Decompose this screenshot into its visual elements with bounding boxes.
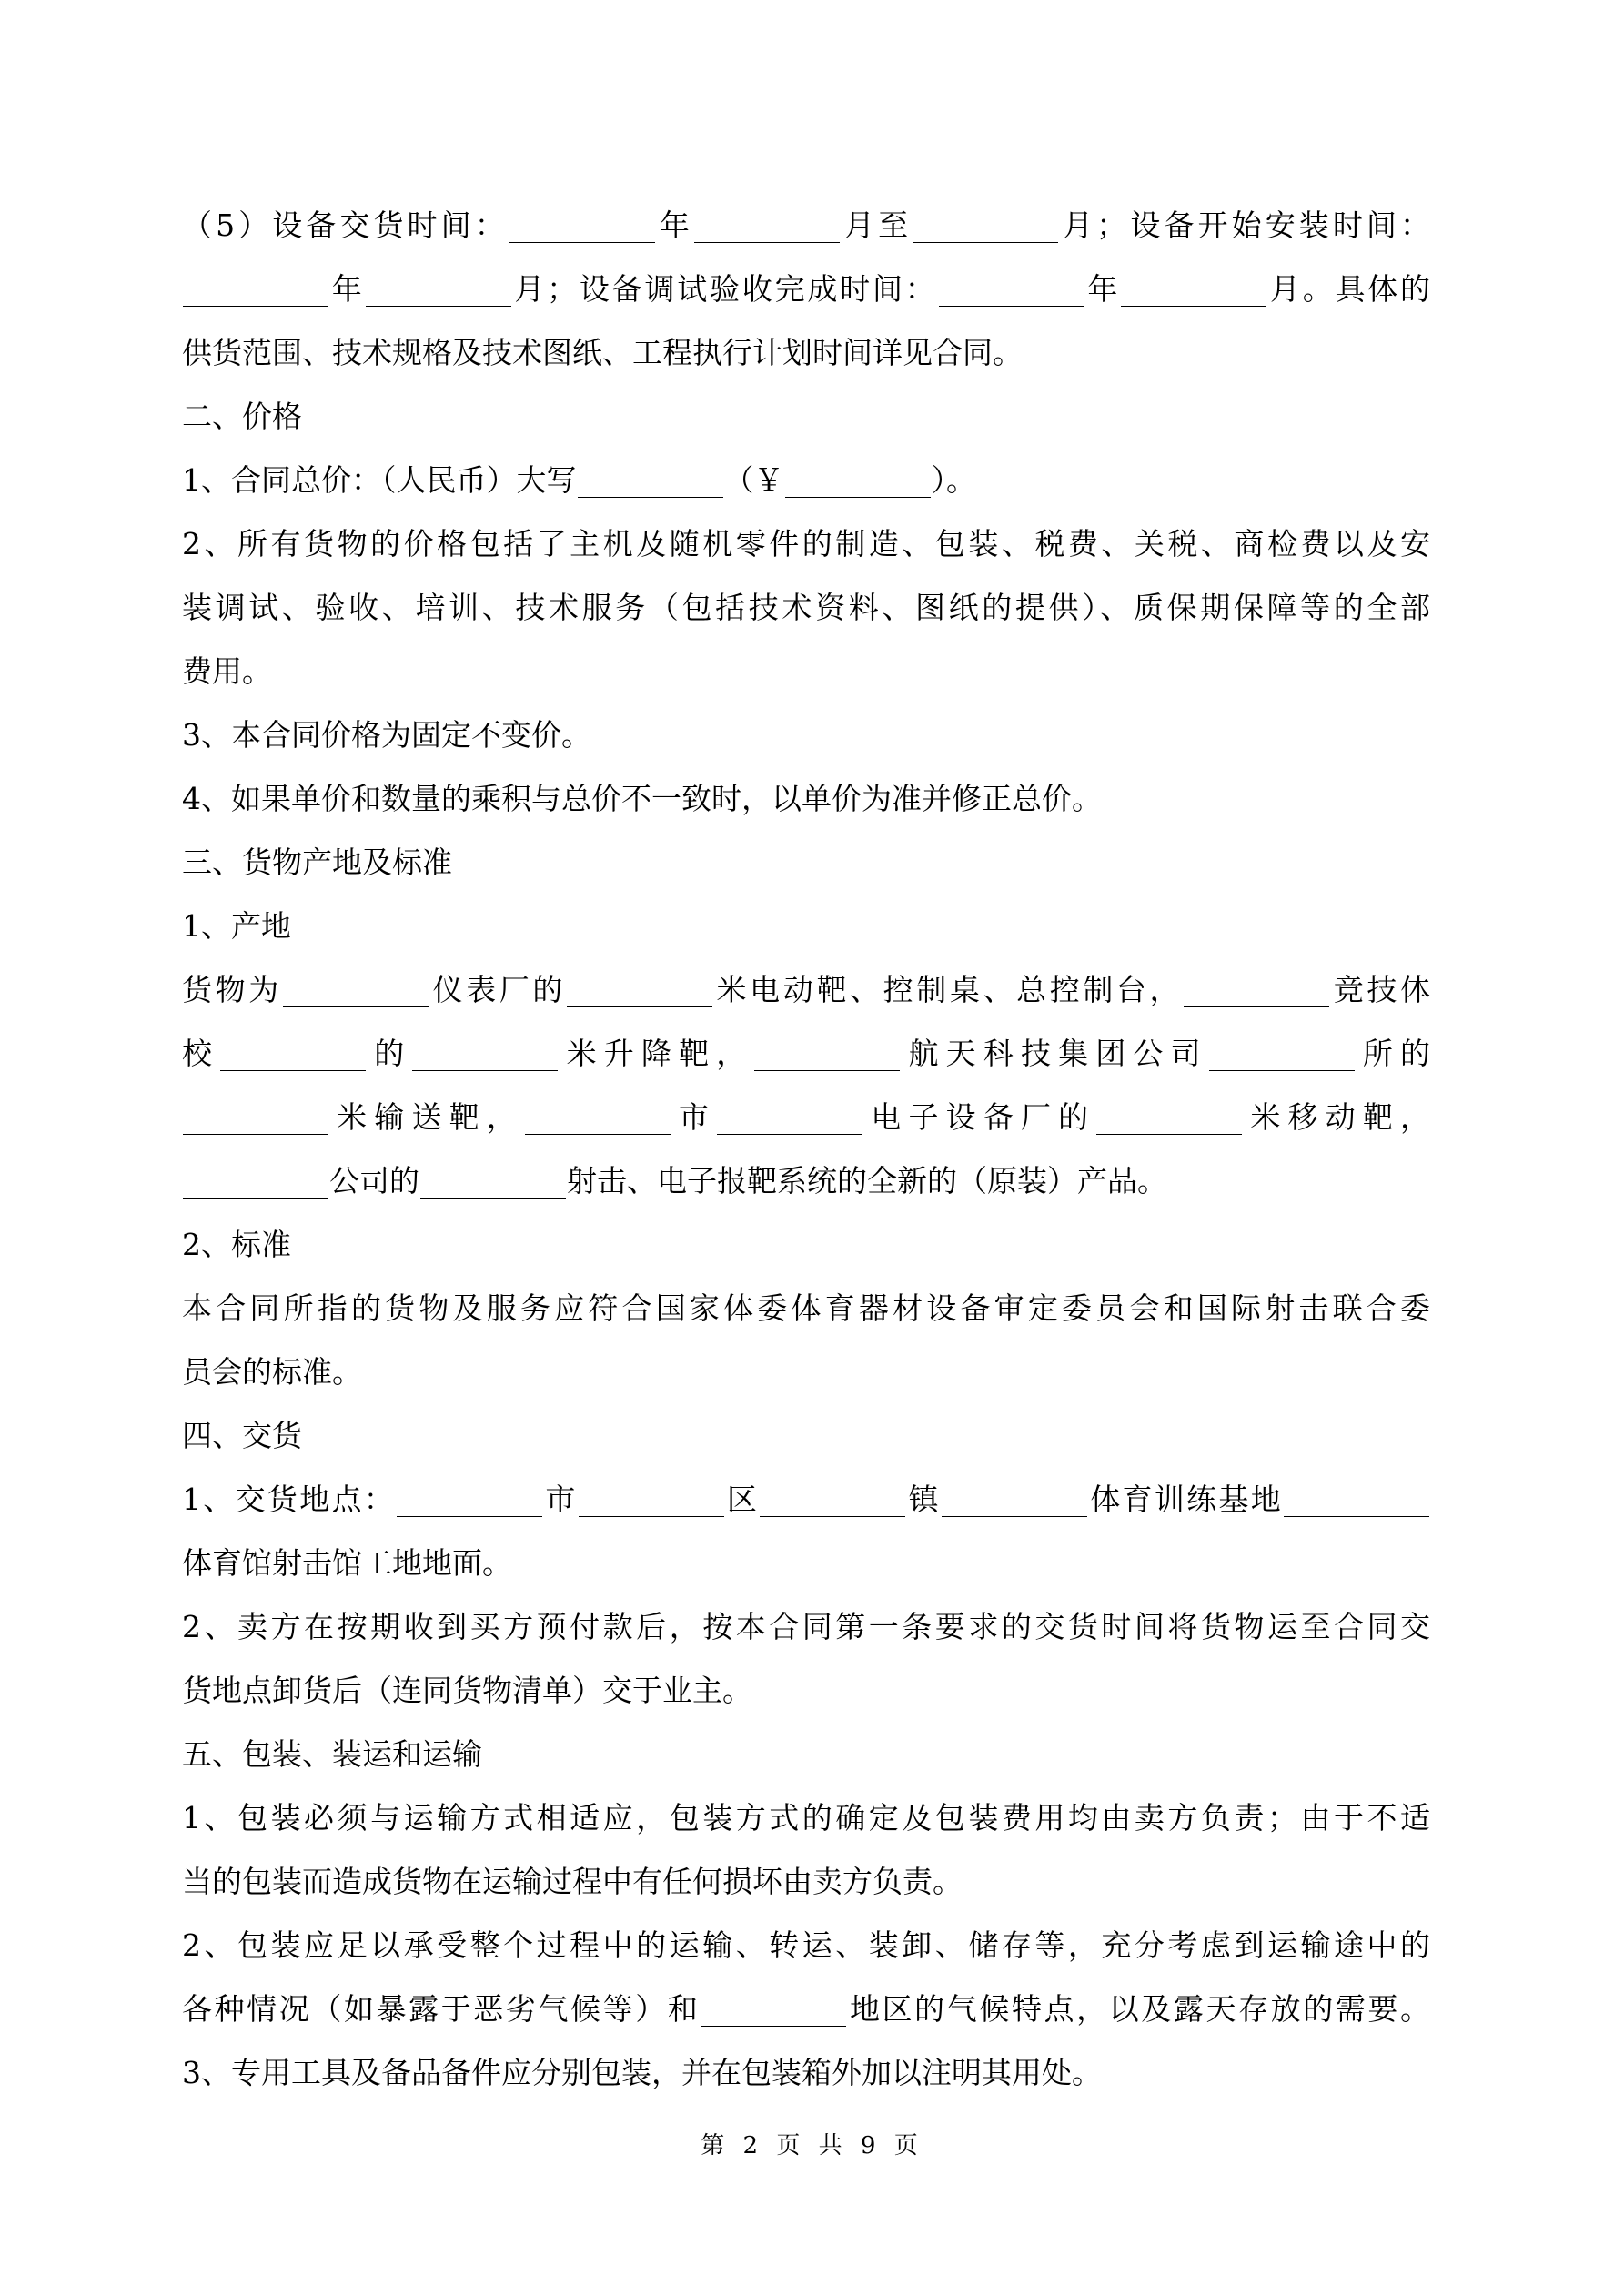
- fill-in-blank: [1096, 1098, 1242, 1135]
- document-line: 各种情况（如暴露于恶劣气候等）和地区的气候特点，以及露天存放的需要。: [182, 1987, 1430, 2032]
- text-segment: 费用。: [182, 653, 272, 689]
- document-line: 2、所有货物的价格包括了主机及随机零件的制造、包装、税费、关税、商检费以及安: [182, 521, 1430, 567]
- text-segment: 2、所有货物的价格包括了主机及随机零件的制造、包装、税费、关税、商检费以及安: [182, 526, 1430, 561]
- text-segment: 校: [182, 1036, 219, 1071]
- text-segment: 米升降靶，: [559, 1036, 753, 1071]
- fill-in-blank: [578, 461, 723, 498]
- document-line: 4、如果单价和数量的乘积与总价不一致时，以单价为准并修正总价。: [182, 776, 1430, 822]
- text-segment: 2、标准: [182, 1227, 291, 1262]
- fill-in-blank: [1184, 971, 1329, 1007]
- document-page: （5）设备交货时间：年月至月；设备开始安装时间：年月；设备调试验收完成时间：年月…: [0, 0, 1624, 2296]
- document-line: 体育馆射击馆工地地面。: [182, 1541, 1430, 1586]
- document-line: 当的包装而造成货物在运输过程中有任何损坏由卖方负责。: [182, 1859, 1430, 1905]
- text-segment: 月；设备调试验收完成时间：: [512, 271, 938, 307]
- document-line: 费用。: [182, 649, 1430, 694]
- document-line: （5）设备交货时间：年月至月；设备开始安装时间：: [182, 203, 1430, 248]
- text-segment: 3、专用工具及备品备件应分别包装，并在包装箱外加以注明其用处。: [182, 2055, 1102, 2090]
- fill-in-blank: [509, 207, 655, 243]
- text-segment: 四、交货: [182, 1418, 302, 1453]
- fill-in-blank: [412, 1035, 558, 1071]
- fill-in-blank: [567, 971, 712, 1007]
- fill-in-blank: [183, 1098, 328, 1135]
- text-segment: 米电动靶、控制桌、总控制台，: [713, 972, 1183, 1007]
- text-segment: 月；设备开始安装时间：: [1059, 207, 1430, 243]
- fill-in-blank: [754, 1035, 900, 1071]
- fill-in-blank: [397, 1481, 542, 1517]
- fill-in-blank: [701, 1990, 846, 2027]
- text-segment: 本合同所指的货物及服务应符合国家体委体育器材设备审定委员会和国际射击联合委: [182, 1290, 1430, 1326]
- text-segment: 月至: [841, 207, 912, 243]
- text-segment: 装调试、验收、培训、技术服务（包括技术资料、图纸的提供）、质保期保障等的全部: [182, 590, 1430, 625]
- text-segment: 体育训练基地: [1088, 1482, 1283, 1517]
- fill-in-blank: [717, 1098, 862, 1135]
- fill-in-blank: [785, 461, 931, 498]
- text-segment: 镇: [906, 1482, 941, 1517]
- text-segment: 1、包装必须与运输方式相适应，包装方式的确定及包装费用均由卖方负责；由于不适: [182, 1800, 1430, 1836]
- text-segment: 4、如果单价和数量的乘积与总价不一致时，以单价为准并修正总价。: [182, 781, 1102, 816]
- fill-in-blank: [913, 207, 1058, 243]
- text-segment: 1、产地: [182, 908, 291, 944]
- document-line: 公司的射击、电子报靶系统的全新的（原装）产品。: [182, 1158, 1430, 1204]
- fill-in-blank: [183, 1162, 328, 1199]
- document-line: 校的米升降靶，航天科技集团公司所的: [182, 1031, 1430, 1077]
- text-segment: 所的: [1356, 1036, 1430, 1071]
- text-segment: 米移动靶，: [1243, 1099, 1430, 1135]
- fill-in-blank: [760, 1481, 905, 1517]
- text-segment: 员会的标准。: [182, 1354, 362, 1390]
- text-segment: 年: [656, 207, 693, 243]
- document-line: 2、卖方在按期收到买方预付款后，按本合同第一条要求的交货时间将货物运至合同交: [182, 1604, 1430, 1650]
- document-line: 年月；设备调试验收完成时间：年月。具体的: [182, 267, 1430, 312]
- text-segment: 米输送靶，: [329, 1099, 524, 1135]
- text-segment: 射击、电子报靶系统的全新的（原装）产品。: [567, 1163, 1167, 1199]
- section-heading: 四、交货: [182, 1413, 1430, 1459]
- text-segment: 2、卖方在按期收到买方预付款后，按本合同第一条要求的交货时间将货物运至合同交: [182, 1609, 1430, 1644]
- text-segment: 供货范围、技术规格及技术图纸、工程执行计划时间详见合同。: [182, 335, 1023, 370]
- fill-in-blank: [1284, 1481, 1429, 1517]
- text-segment: （5）设备交货时间：: [182, 207, 509, 243]
- text-segment: 货地点卸货后（连同货物清单）交于业主。: [182, 1673, 752, 1708]
- document-line: 货物为仪表厂的米电动靶、控制桌、总控制台，竞技体: [182, 967, 1430, 1013]
- document-line: 装调试、验收、培训、技术服务（包括技术资料、图纸的提供）、质保期保障等的全部: [182, 585, 1430, 631]
- text-segment: 货物为: [182, 972, 282, 1007]
- text-segment: 竞技体: [1330, 972, 1430, 1007]
- text-segment: ）。: [932, 462, 977, 498]
- text-segment: 二、价格: [182, 399, 302, 434]
- fill-in-blank: [579, 1481, 724, 1517]
- text-segment: 区: [725, 1482, 760, 1517]
- document-line: 3、专用工具及备品备件应分别包装，并在包装箱外加以注明其用处。: [182, 2050, 1430, 2096]
- document-line: 2、标准: [182, 1222, 1430, 1268]
- text-segment: 仪表厂的: [429, 972, 566, 1007]
- text-segment: 2、包装应足以承受整个过程中的运输、转运、装卸、储存等，充分考虑到运输途中的: [182, 1927, 1430, 1963]
- text-segment: 五、包装、装运和运输: [182, 1736, 482, 1772]
- text-segment: 航天科技集团公司: [901, 1036, 1207, 1071]
- text-segment: 1、合同总价：（人民币）大写: [182, 462, 577, 498]
- text-segment: 公司的: [329, 1163, 419, 1199]
- fill-in-blank: [183, 270, 328, 307]
- document-line: 3、本合同价格为固定不变价。: [182, 713, 1430, 758]
- text-segment: （￥: [724, 462, 784, 498]
- text-segment: 当的包装而造成货物在运输过程中有任何损坏由卖方负责。: [182, 1864, 963, 1899]
- text-segment: 月。具体的: [1267, 271, 1430, 307]
- text-segment: 年: [329, 271, 365, 307]
- text-segment: 3、本合同价格为固定不变价。: [182, 717, 591, 753]
- text-segment: 市: [543, 1482, 578, 1517]
- document-line: 1、合同总价：（人民币）大写（￥）。: [182, 458, 1430, 503]
- text-segment: 年: [1085, 271, 1121, 307]
- text-segment: 市: [671, 1099, 716, 1135]
- document-line: 1、包装必须与运输方式相适应，包装方式的确定及包装费用均由卖方负责；由于不适: [182, 1795, 1430, 1841]
- section-heading: 五、包装、装运和运输: [182, 1732, 1430, 1777]
- text-segment: 三、货物产地及标准: [182, 845, 452, 880]
- fill-in-blank: [1121, 270, 1266, 307]
- fill-in-blank: [1209, 1035, 1355, 1071]
- document-line: 米输送靶，市电子设备厂的米移动靶，: [182, 1095, 1430, 1140]
- document-line: 本合同所指的货物及服务应符合国家体委体育器材设备审定委员会和国际射击联合委: [182, 1286, 1430, 1331]
- text-segment: 体育馆射击馆工地地面。: [182, 1545, 512, 1581]
- fill-in-blank: [525, 1098, 671, 1135]
- fill-in-blank: [939, 270, 1084, 307]
- fill-in-blank: [942, 1481, 1087, 1517]
- document-line: 1、产地: [182, 904, 1430, 949]
- document-line: 1、交货地点：市区镇体育训练基地: [182, 1477, 1430, 1522]
- fill-in-blank: [220, 1035, 366, 1071]
- fill-in-blank: [420, 1162, 566, 1199]
- document-line: 员会的标准。: [182, 1350, 1430, 1395]
- document-line: 供货范围、技术规格及技术图纸、工程执行计划时间详见合同。: [182, 330, 1430, 376]
- text-segment: 的: [367, 1036, 411, 1071]
- text-segment: 电子设备厂的: [863, 1099, 1095, 1135]
- document-line: 2、包装应足以承受整个过程中的运输、转运、装卸、储存等，充分考虑到运输途中的: [182, 1923, 1430, 1968]
- document-line: 货地点卸货后（连同货物清单）交于业主。: [182, 1668, 1430, 1714]
- page-footer: 第 2 页 共 9 页: [0, 2129, 1624, 2162]
- text-segment: 1、交货地点：: [182, 1482, 396, 1517]
- fill-in-blank: [366, 270, 511, 307]
- text-segment: 各种情况（如暴露于恶劣气候等）和: [182, 1991, 700, 2027]
- fill-in-blank: [283, 971, 429, 1007]
- section-heading: 三、货物产地及标准: [182, 840, 1430, 885]
- section-heading: 二、价格: [182, 394, 1430, 440]
- text-segment: 地区的气候特点，以及露天存放的需要。: [847, 1991, 1430, 2027]
- fill-in-blank: [694, 207, 840, 243]
